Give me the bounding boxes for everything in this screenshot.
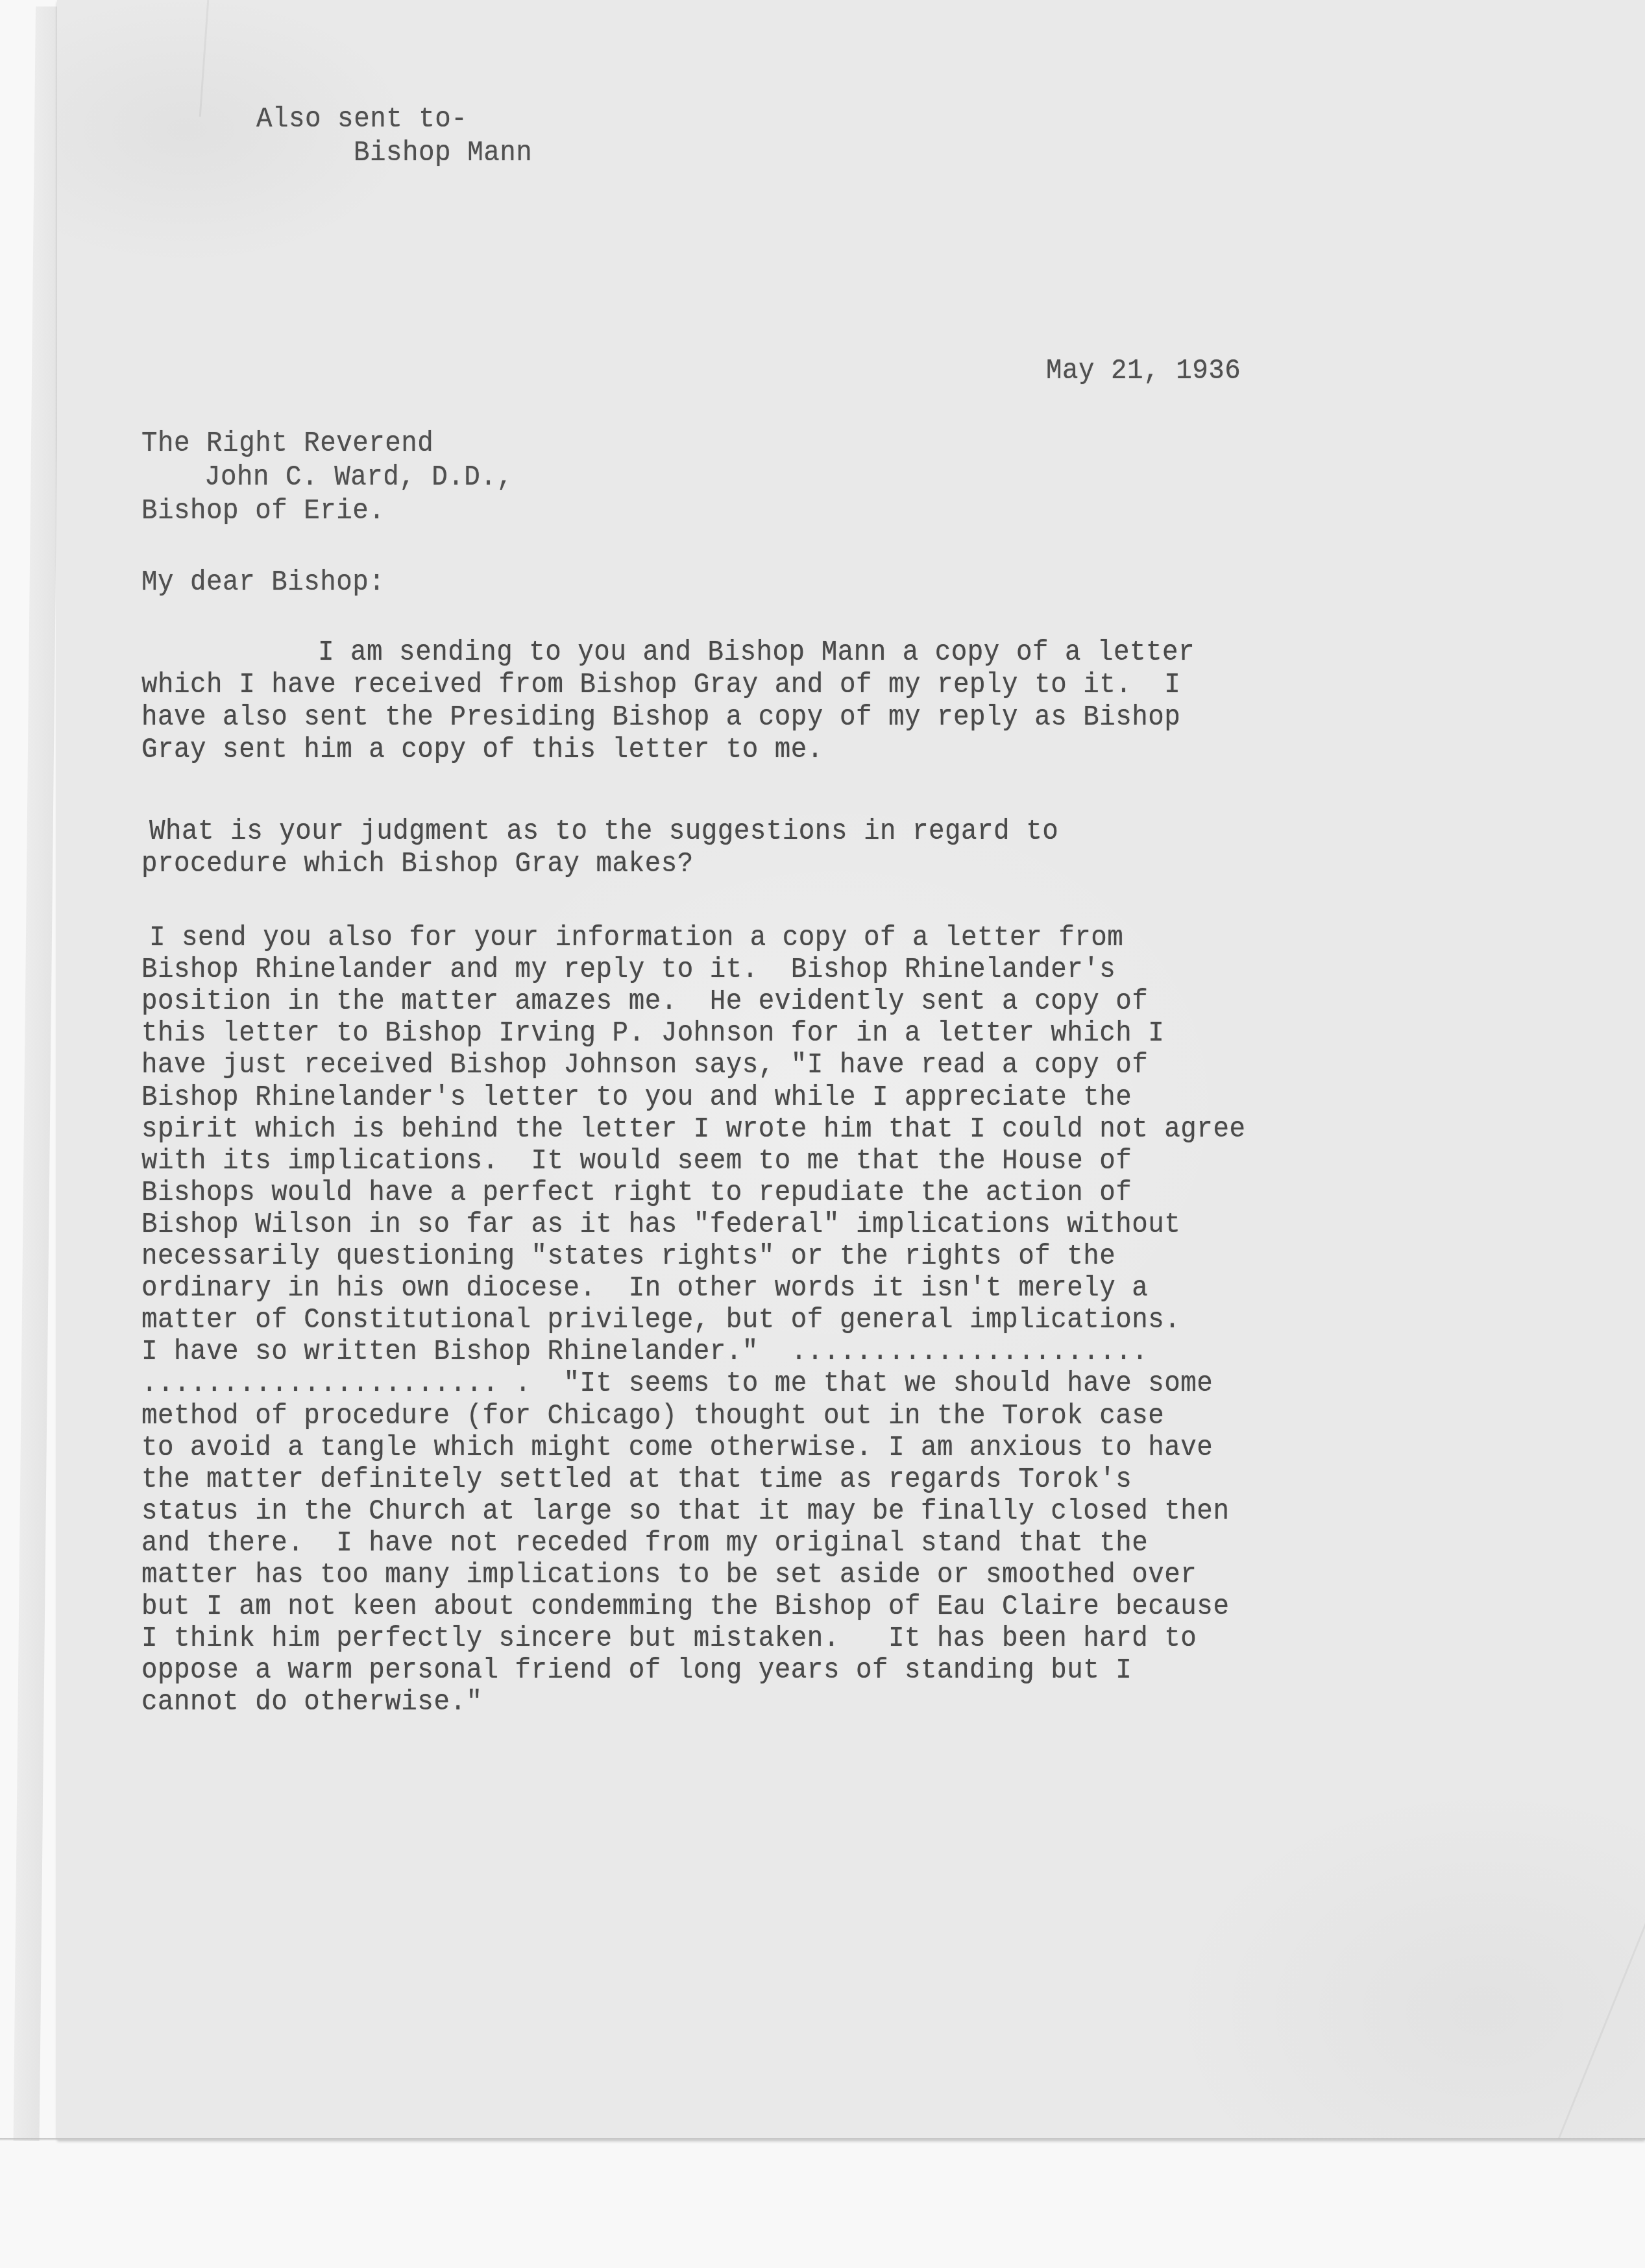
letter-date: May 21, 1936	[1046, 356, 1241, 387]
addressee-line-3: Bishop of Erie.	[141, 496, 385, 527]
text-line: this letter to Bishop Irving P. Johnson …	[141, 1018, 1164, 1049]
text-line: I am sending to you and Bishop Mann a co…	[318, 637, 1195, 668]
text-line: I send you also for your information a c…	[149, 923, 1123, 954]
paper-crease	[1558, 1922, 1645, 2140]
cc-recipient: Bishop Mann	[354, 138, 532, 169]
text-line: with its implications. It would seem to …	[141, 1146, 1132, 1177]
text-line: What is your judgment as to the suggesti…	[149, 816, 1058, 847]
text-line: to avoid a tangle which might come other…	[141, 1432, 1213, 1464]
text-line: Bishop Wilson in so far as it has "feder…	[141, 1209, 1180, 1240]
text-line: matter has too many implications to be s…	[141, 1560, 1197, 1591]
text-line: have also sent the Presiding Bishop a co…	[141, 702, 1180, 733]
text-line: cannot do otherwise."	[141, 1687, 482, 1718]
text-line: procedure which Bishop Gray makes?	[141, 849, 694, 880]
text-line: Bishops would have a perfect right to re…	[141, 1177, 1132, 1209]
text-line: Bishop Rhinelander and my reply to it. B…	[141, 954, 1115, 985]
text-line: ordinary in his own diocese. In other wo…	[141, 1273, 1148, 1304]
text-line: Bishop Rhinelander's letter to you and w…	[141, 1082, 1132, 1113]
text-line: which I have received from Bishop Gray a…	[141, 670, 1180, 701]
text-line: matter of Constitutional privilege, but …	[141, 1305, 1180, 1336]
addressee-line-2: John C. Ward, D.D.,	[204, 462, 513, 493]
text-line: method of procedure (for Chicago) though…	[141, 1401, 1164, 1432]
text-line: I have so written Bishop Rhinelander." .…	[141, 1336, 1148, 1368]
text-line: I think him perfectly sincere but mistak…	[141, 1623, 1197, 1654]
text-line: the matter definitely settled at that ti…	[141, 1464, 1132, 1495]
addressee-line-1: The Right Reverend	[141, 428, 433, 459]
text-line: Gray sent him a copy of this letter to m…	[141, 734, 823, 766]
text-line: spirit which is behind the letter I wrot…	[141, 1114, 1245, 1145]
text-line: have just received Bishop Johnson says, …	[141, 1050, 1148, 1081]
text-line: status in the Church at large so that it…	[141, 1496, 1229, 1527]
text-line: and there. I have not receded from my or…	[141, 1528, 1148, 1559]
text-line: ...................... . "It seems to me…	[141, 1368, 1213, 1399]
text-line: necessarily questioning "states rights" …	[141, 1241, 1115, 1272]
paper-crease	[199, 0, 210, 117]
text-line: but I am not keen about condemming the B…	[141, 1591, 1229, 1623]
text-line: position in the matter amazes me. He evi…	[141, 986, 1148, 1017]
text-line: oppose a warm personal friend of long ye…	[141, 1655, 1132, 1686]
cc-label: Also sent to-	[256, 104, 467, 135]
paper-bottom-edge	[0, 2138, 1645, 2141]
salutation: My dear Bishop:	[141, 567, 385, 598]
